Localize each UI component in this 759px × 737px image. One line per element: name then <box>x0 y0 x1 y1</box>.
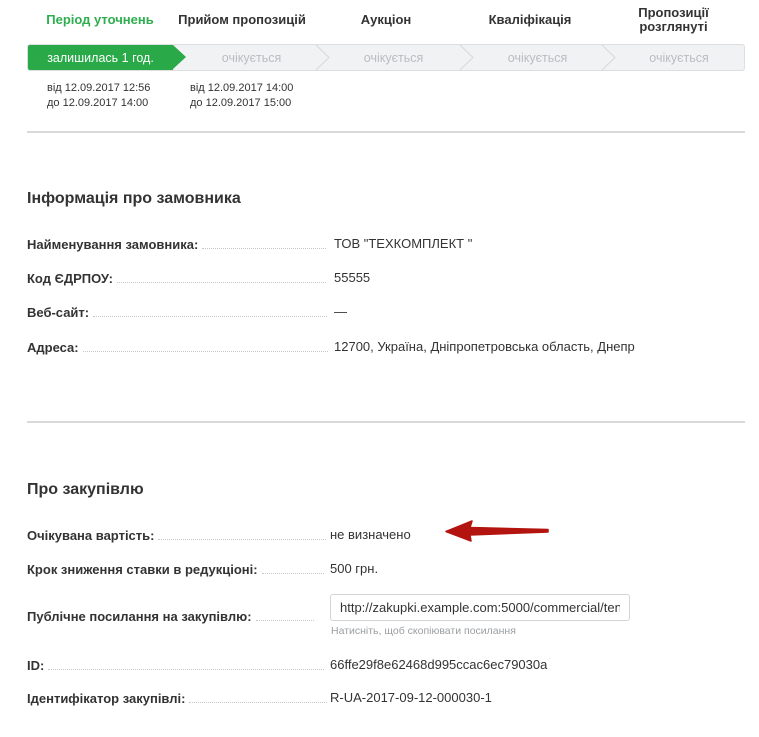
public-link-input[interactable] <box>330 594 630 621</box>
date-from: від 12.09.2017 14:00 <box>190 81 293 96</box>
dotted-leader <box>83 350 328 352</box>
step-row: Крок зниження ставки в редукціоні: <box>27 559 324 577</box>
copy-link-hint: Натисніть, щоб скопіювати посилання <box>331 625 516 637</box>
stage-status-qualification: очікується <box>472 45 603 70</box>
stage-title-qualification: Кваліфікація <box>458 0 602 40</box>
stage-status-clarification: залишилась 1 год. <box>28 45 173 70</box>
customer-name-value: ТОВ "ТЕХКОМПЛЕКТ " <box>334 236 472 251</box>
step-value: 500 грн. <box>330 561 378 576</box>
step-label: Крок зниження ставки в редукціоні: <box>27 562 258 577</box>
stage-title-bids: Прийом пропозицій <box>170 0 314 40</box>
customer-name-row: Найменування замовника: <box>27 234 326 252</box>
section-divider <box>27 131 745 133</box>
section-divider <box>27 421 745 423</box>
edrpou-row: Код ЄДРПОУ: <box>27 268 326 286</box>
customer-section-title: Інформація про замовника <box>27 190 241 208</box>
address-label: Адреса: <box>27 340 79 355</box>
public-link-label: Публічне посилання на закупівлю: <box>27 609 252 624</box>
tender-id-row: Ідентифікатор закупівлі: <box>27 688 327 706</box>
website-label: Веб-сайт: <box>27 305 89 320</box>
website-row: Веб-сайт: <box>27 302 327 320</box>
dotted-leader <box>93 315 327 317</box>
address-row: Адреса: <box>27 337 328 355</box>
stage-status-auction: очікується <box>328 45 459 70</box>
dotted-leader <box>158 538 326 540</box>
customer-name-label: Найменування замовника: <box>27 237 198 252</box>
tender-id-value: R-UA-2017-09-12-000030-1 <box>330 690 492 705</box>
dotted-leader <box>189 701 327 703</box>
public-link-row: Публічне посилання на закупівлю: <box>27 606 314 624</box>
stage-title-auction: Аукціон <box>314 0 458 40</box>
stage-status-bids: очікується <box>186 45 317 70</box>
annotation-arrow-icon <box>440 515 560 547</box>
expected-value: не визначено <box>330 527 411 542</box>
stage-title-clarification: Період уточнень <box>27 0 173 40</box>
stage-title-reviewed: Пропозиції розглянуті <box>602 0 745 40</box>
id-label: ID: <box>27 658 44 673</box>
expected-value-row: Очікувана вартість: <box>27 525 326 543</box>
address-value: 12700, Україна, Дніпропетровська область… <box>334 339 635 354</box>
dotted-leader <box>117 281 326 283</box>
date-to: до 12.09.2017 14:00 <box>47 96 150 111</box>
dotted-leader <box>202 247 326 249</box>
stage-dates-clarification: від 12.09.2017 12:56 до 12.09.2017 14:00 <box>47 81 150 111</box>
dotted-leader <box>262 572 324 574</box>
stage-status-reviewed: очікується <box>614 45 744 70</box>
dotted-leader <box>256 619 314 621</box>
date-to: до 12.09.2017 15:00 <box>190 96 293 111</box>
stage-title-reviewed-line1: Пропозиції <box>638 6 709 20</box>
stage-dates-bids: від 12.09.2017 14:00 до 12.09.2017 15:00 <box>190 81 293 111</box>
id-row: ID: <box>27 655 324 673</box>
date-from: від 12.09.2017 12:56 <box>47 81 150 96</box>
procurement-section-title: Про закупівлю <box>27 481 144 499</box>
id-value: 66ffe29f8e62468d995ccac6ec79030a <box>330 657 547 672</box>
stage-progress-bar: залишилась 1 год. очікується очікується … <box>27 44 745 71</box>
website-value: — <box>334 304 347 319</box>
dotted-leader <box>48 668 324 670</box>
expected-value-label: Очікувана вартість: <box>27 528 154 543</box>
stage-title-reviewed-line2: розглянуті <box>639 20 707 34</box>
tender-id-label: Ідентифікатор закупівлі: <box>27 691 185 706</box>
edrpou-label: Код ЄДРПОУ: <box>27 271 113 286</box>
edrpou-value: 55555 <box>334 270 370 285</box>
